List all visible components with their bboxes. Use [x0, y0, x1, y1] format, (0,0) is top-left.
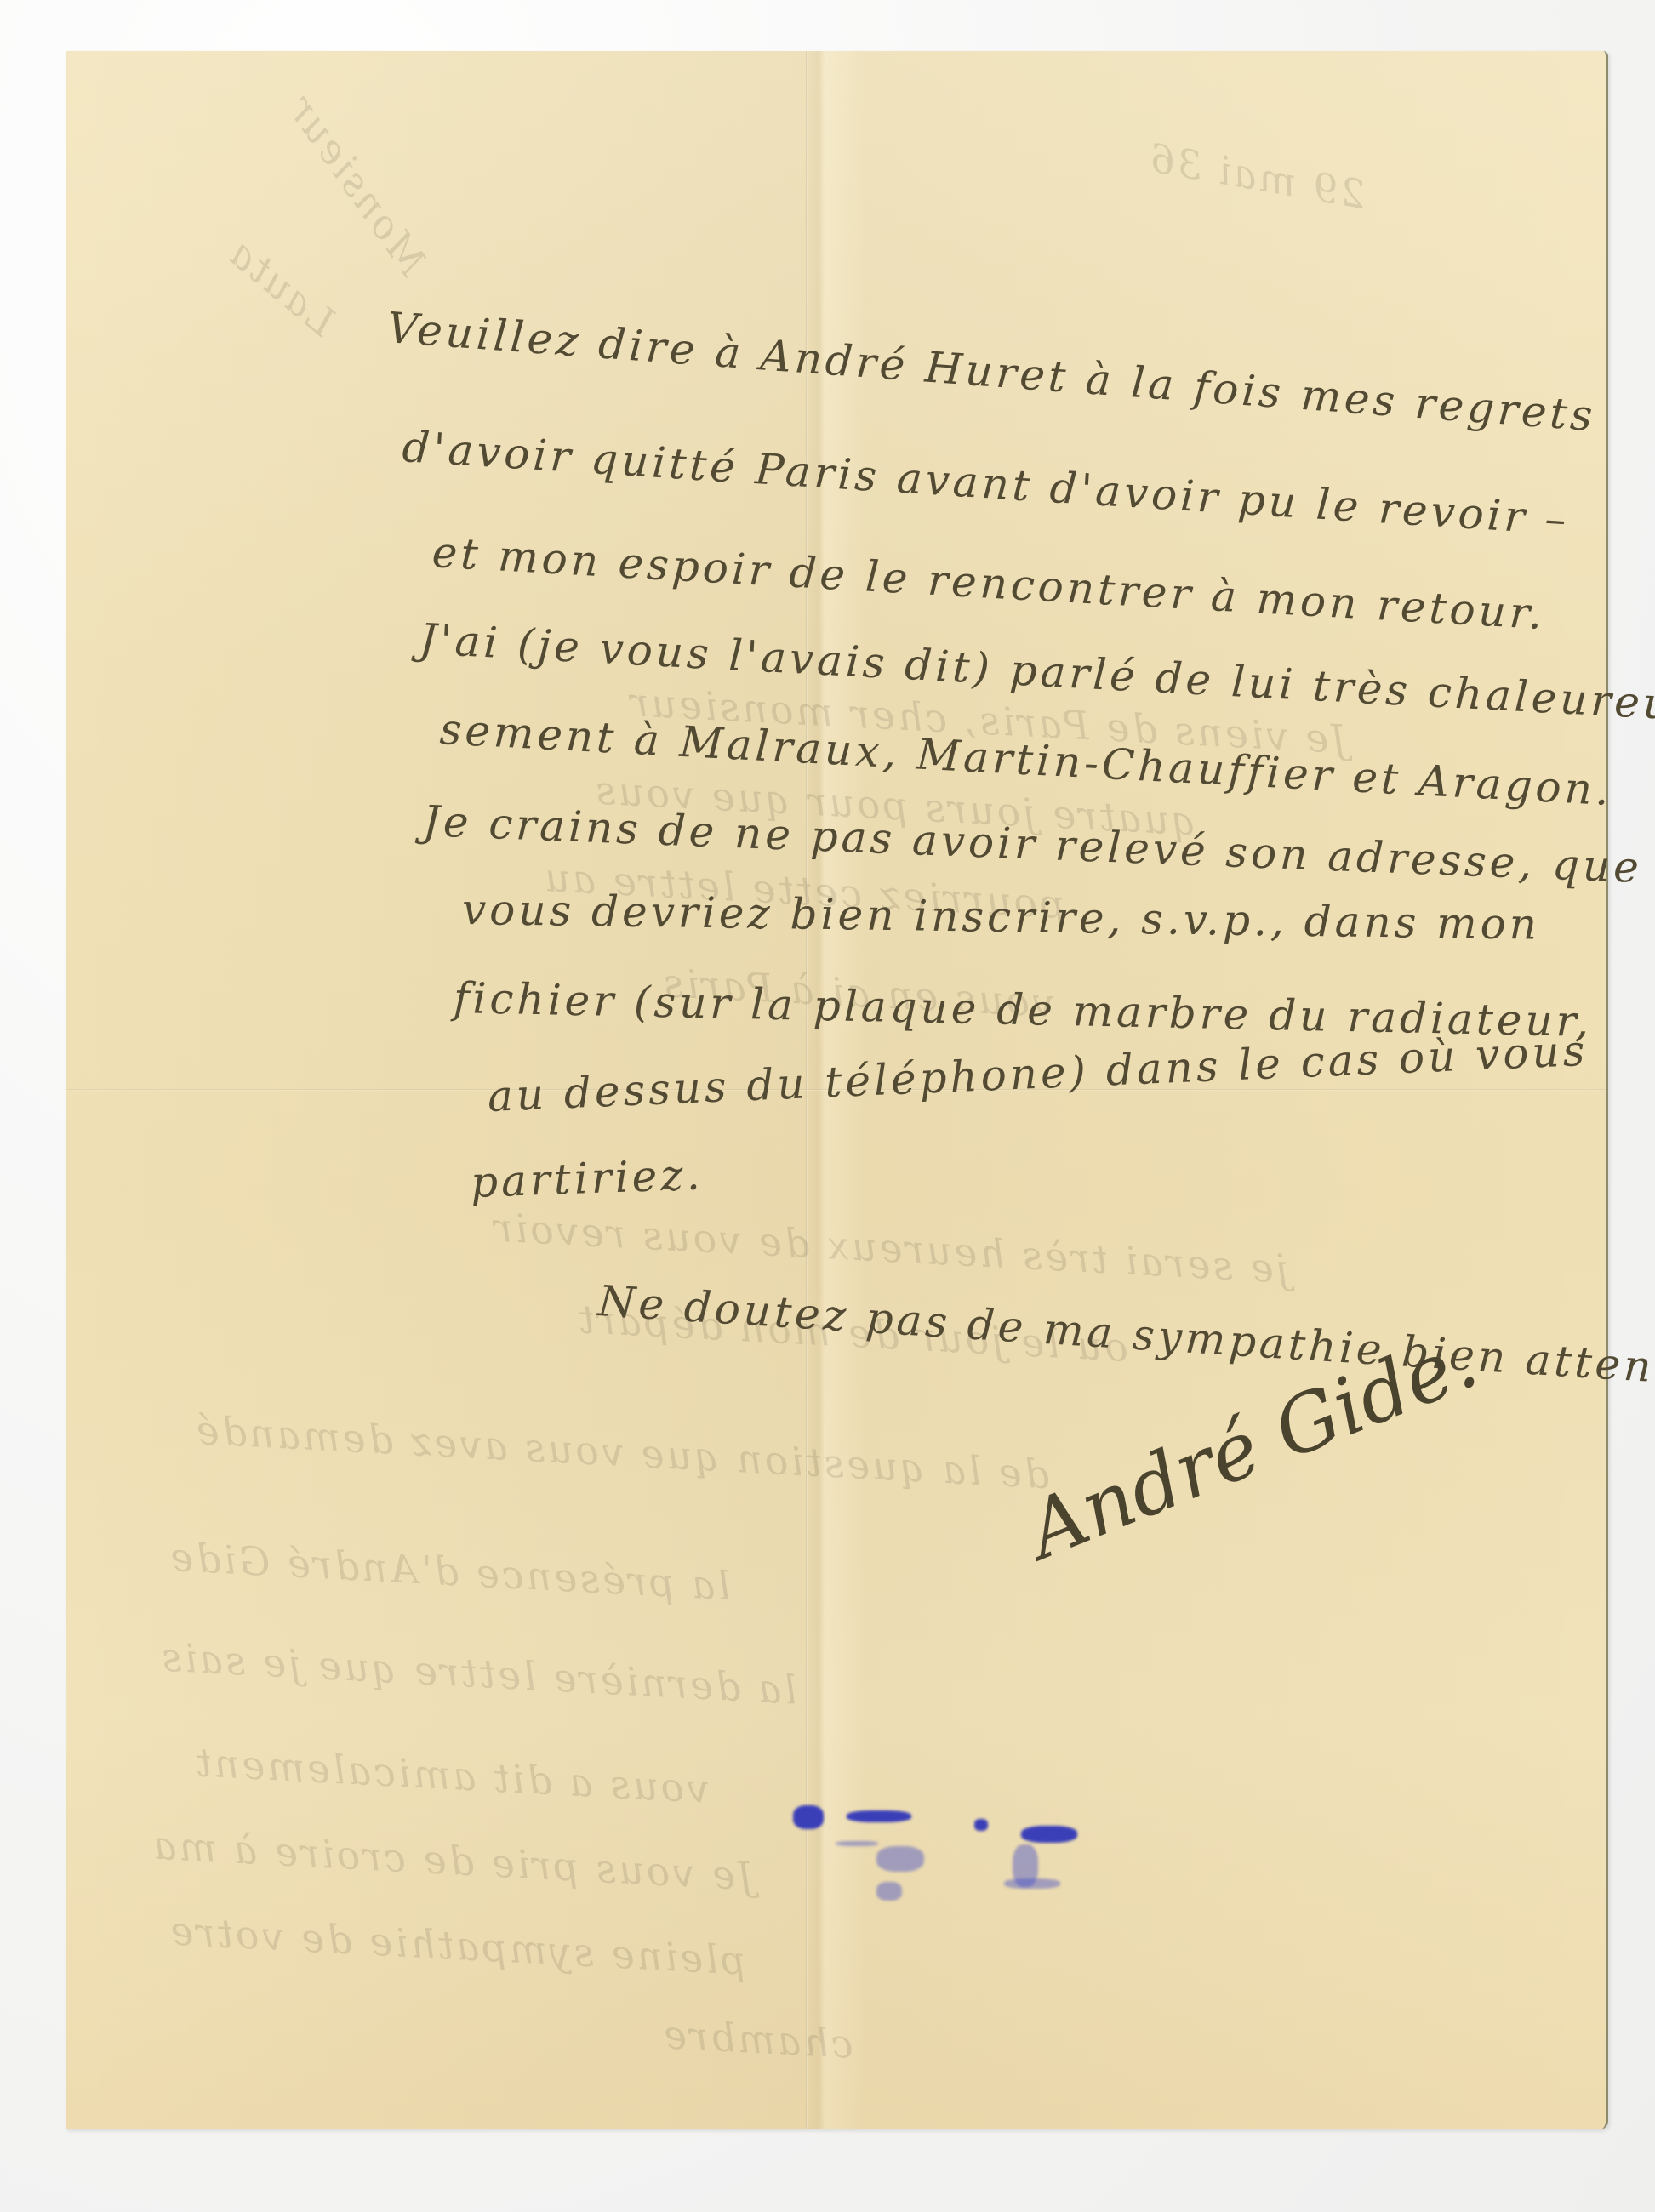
showthrough-line: la présence d'André Gide [167, 1534, 732, 1610]
showthrough-salutation: Monsieur [278, 86, 436, 283]
letter-line-7: vous devriez bien inscrire, s.v.p., dans… [462, 888, 1541, 946]
showthrough-salutation-2: Lauta [219, 229, 345, 345]
showthrough-line: pleine sympathie de votre [167, 1907, 747, 1984]
letter-line-3: et mon espoir de le rencontrer à mon ret… [431, 531, 1547, 636]
letter-line-1: Veuillez dire à André Huret à la fois me… [385, 306, 1597, 437]
showthrough-line: de la question que vous avez demandé [192, 1407, 1050, 1498]
letter-line-9: au dessus du téléphone) dans le cas où v… [487, 1029, 1589, 1118]
showthrough-date: 29 mai 36 [1144, 134, 1369, 218]
showthrough-line: la dernière lettre que je sais [158, 1633, 798, 1713]
showthrough-line: chambre [660, 2011, 855, 2067]
showthrough-line: vous a dit amicalement [192, 1739, 711, 1812]
letter-sheet: Monsieur Lauta 29 mai 36 Je viens de Par… [66, 51, 1608, 2129]
letter-line-10: partiriez. [470, 1153, 704, 1204]
showthrough-line: Je vous prie de croire à ma [150, 1821, 755, 1899]
letter-line-2: d'avoir quitté Paris avant d'avoir pu le… [401, 425, 1571, 541]
